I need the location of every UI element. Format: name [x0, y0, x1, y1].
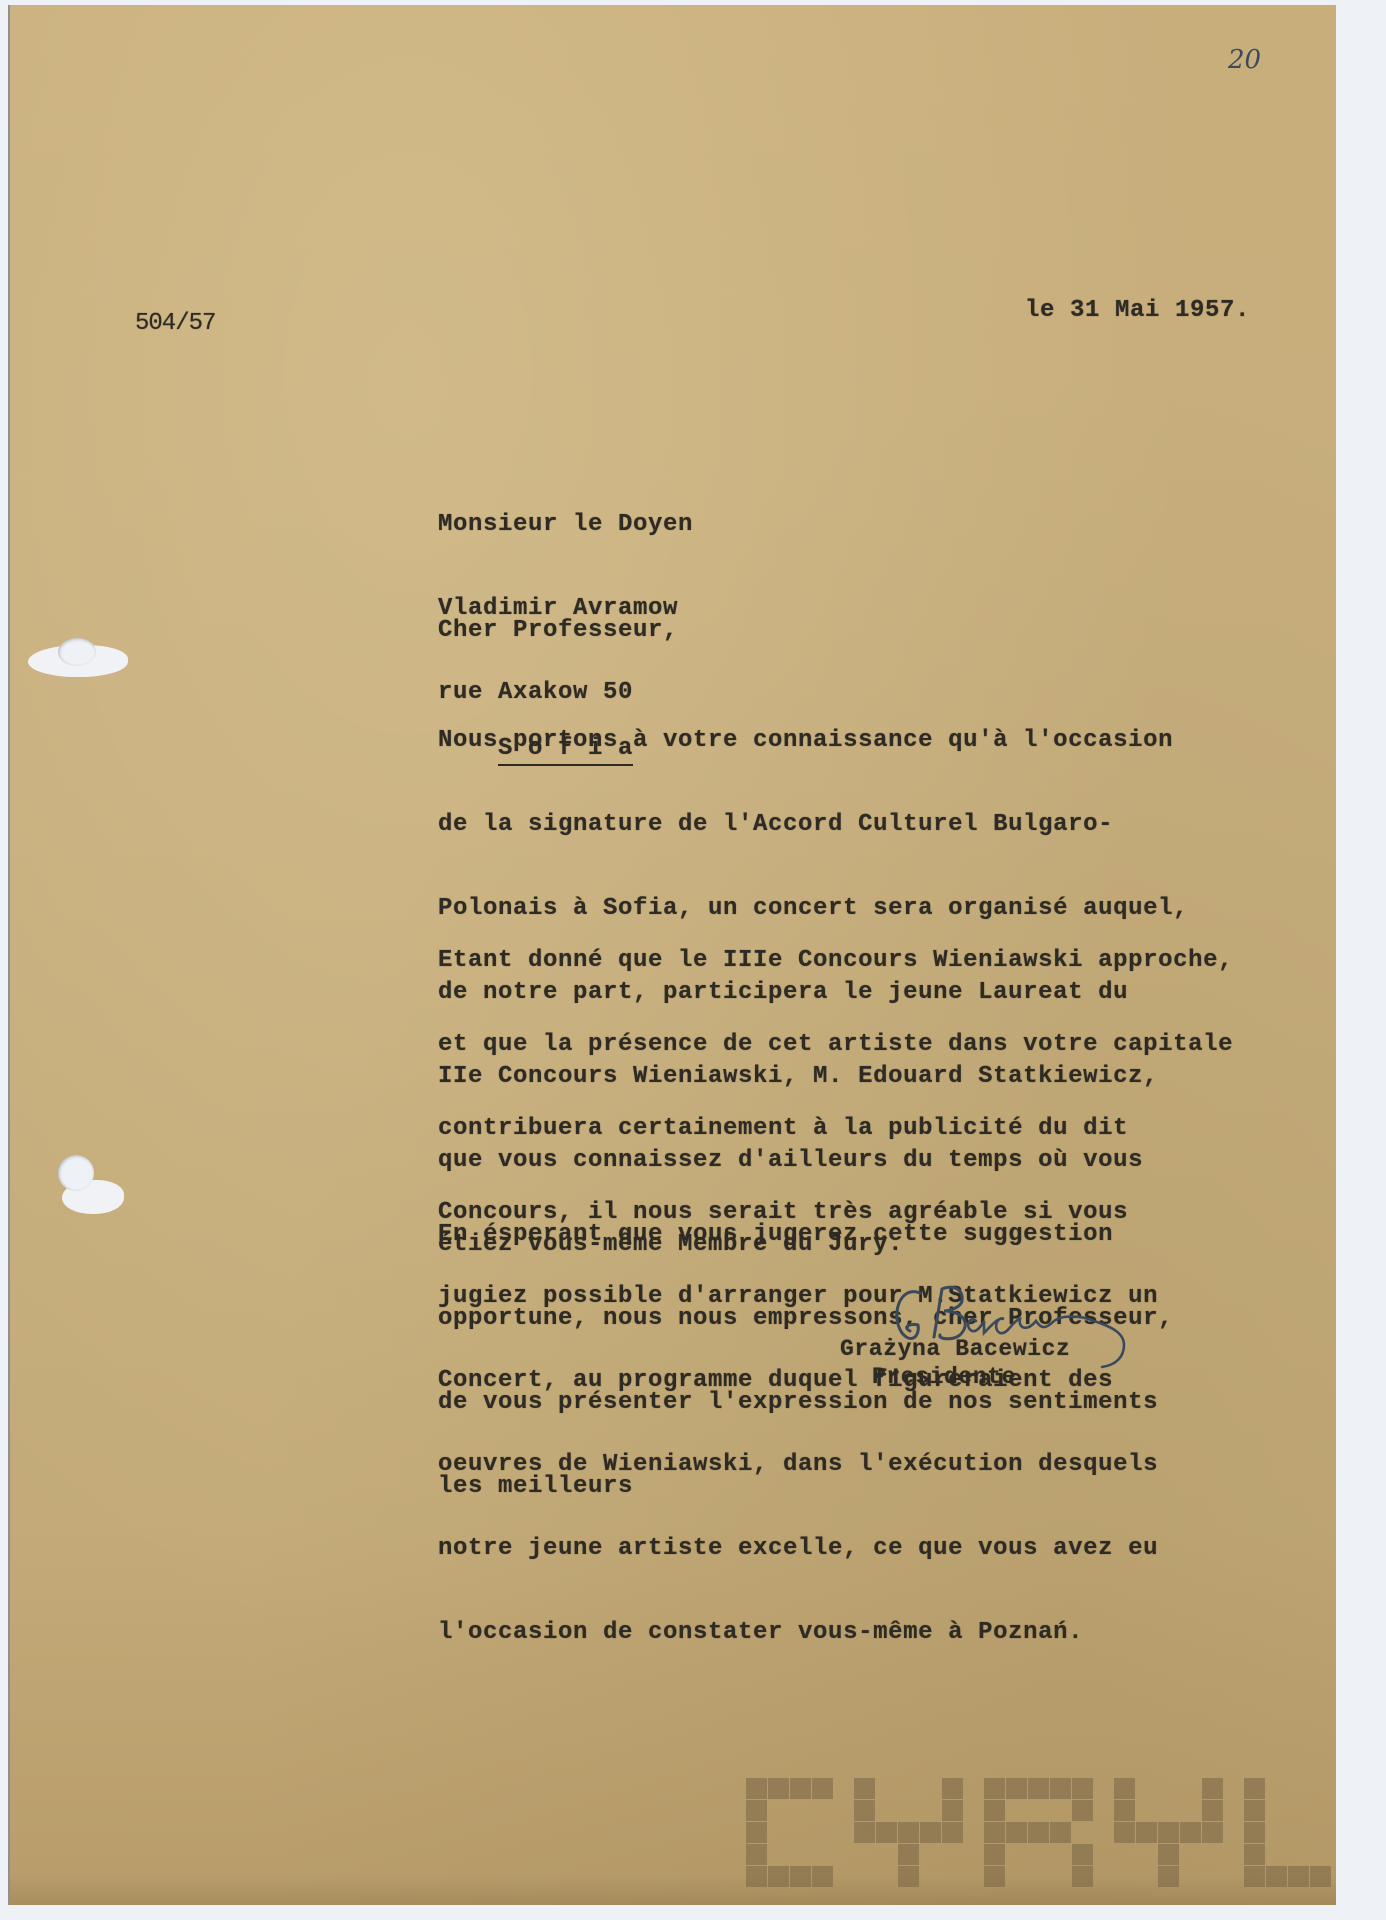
paragraph-line: les meilleurs — [438, 1473, 1173, 1501]
watermark-letter-l — [1244, 1778, 1331, 1887]
letter-date: le 31 Mai 1957. — [1025, 297, 1250, 325]
watermark-letter-r — [984, 1778, 1093, 1887]
recipient-line: Monsieur le Doyen — [438, 511, 693, 539]
paragraph-line: et que la présence de cet artiste dans v… — [438, 1031, 1233, 1059]
paragraph-line: Nous portons à votre connaissance qu'à l… — [438, 727, 1188, 755]
paragraph-line: Etant donné que le IIIe Concours Wieniaw… — [438, 947, 1233, 975]
paragraph-line: de la signature de l'Accord Culturel Bul… — [438, 811, 1188, 839]
watermark-letter-y — [1114, 1778, 1223, 1887]
paragraph-line: l'occasion de constater vous-même à Pozn… — [438, 1619, 1233, 1647]
reference-number: 504/57 — [135, 310, 215, 338]
paragraph-line: En ésperant que vous jugerez cette sugge… — [438, 1221, 1173, 1249]
watermark-letter-c — [746, 1778, 833, 1887]
cyryl-watermark — [746, 1778, 1331, 1887]
letter-page: 20 504/57 le 31 Mai 1957. Monsieur le Do… — [10, 5, 1336, 1905]
salutation: Cher Professeur, — [438, 617, 678, 645]
page-number-handwritten: 20 — [1228, 45, 1261, 75]
signatory-title: Presidente — [872, 1363, 1016, 1391]
punch-hole-bottom — [58, 1155, 94, 1191]
paragraph-line: de vous présenter l'expression de nos se… — [438, 1389, 1173, 1417]
watermark-letter-y — [854, 1778, 963, 1887]
paragraph-line: contribuera certainement à la publicité … — [438, 1115, 1233, 1143]
signatory-name: Grażyna Bacewicz — [840, 1335, 1070, 1363]
punch-hole-top — [58, 638, 96, 666]
